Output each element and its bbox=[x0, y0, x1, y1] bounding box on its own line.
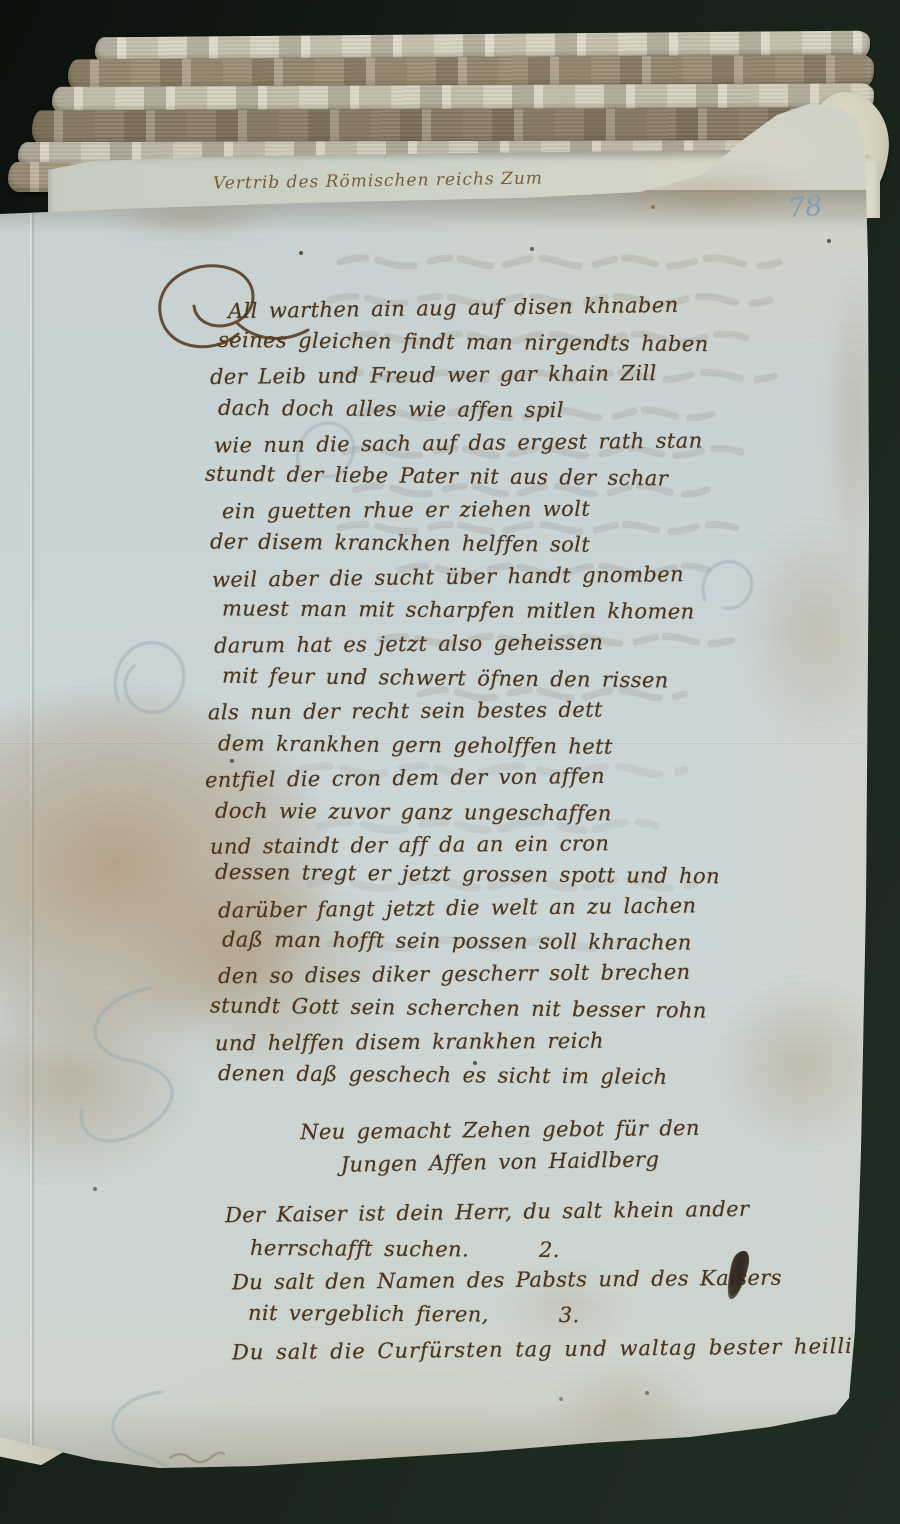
commandments-block: Der Kaiser ist dein Herr, du salt khein … bbox=[0, 0, 900, 1400]
manuscript-page: 78 All warthen ain aug auf disen khnaben… bbox=[0, 0, 900, 1524]
commandment-text: herrschafft suchen. bbox=[250, 1236, 469, 1262]
commandment-number: 3. bbox=[559, 1303, 580, 1327]
commandment-line: herrschafft suchen.2. bbox=[250, 1236, 560, 1262]
manuscript-photo: { "palette": { "background": "#1c291f", … bbox=[0, 0, 900, 1524]
commandment-line: Du salt die Curfürsten tag und waltag be… bbox=[232, 1334, 895, 1365]
commandment-text: nit vergeblich fieren, bbox=[248, 1301, 489, 1327]
running-header: Vertrib des Römischen reichs Zum bbox=[213, 166, 683, 193]
commandment-line: Der Kaiser ist dein Herr, du salt khein … bbox=[225, 1197, 750, 1227]
bottom-edge-shade bbox=[0, 1400, 900, 1470]
commandment-line: nit vergeblich fieren,3. bbox=[248, 1301, 580, 1327]
commandment-line: Du salt den Namen des Pabsts und des Kai… bbox=[232, 1266, 782, 1295]
commandment-number: 2. bbox=[539, 1238, 560, 1262]
